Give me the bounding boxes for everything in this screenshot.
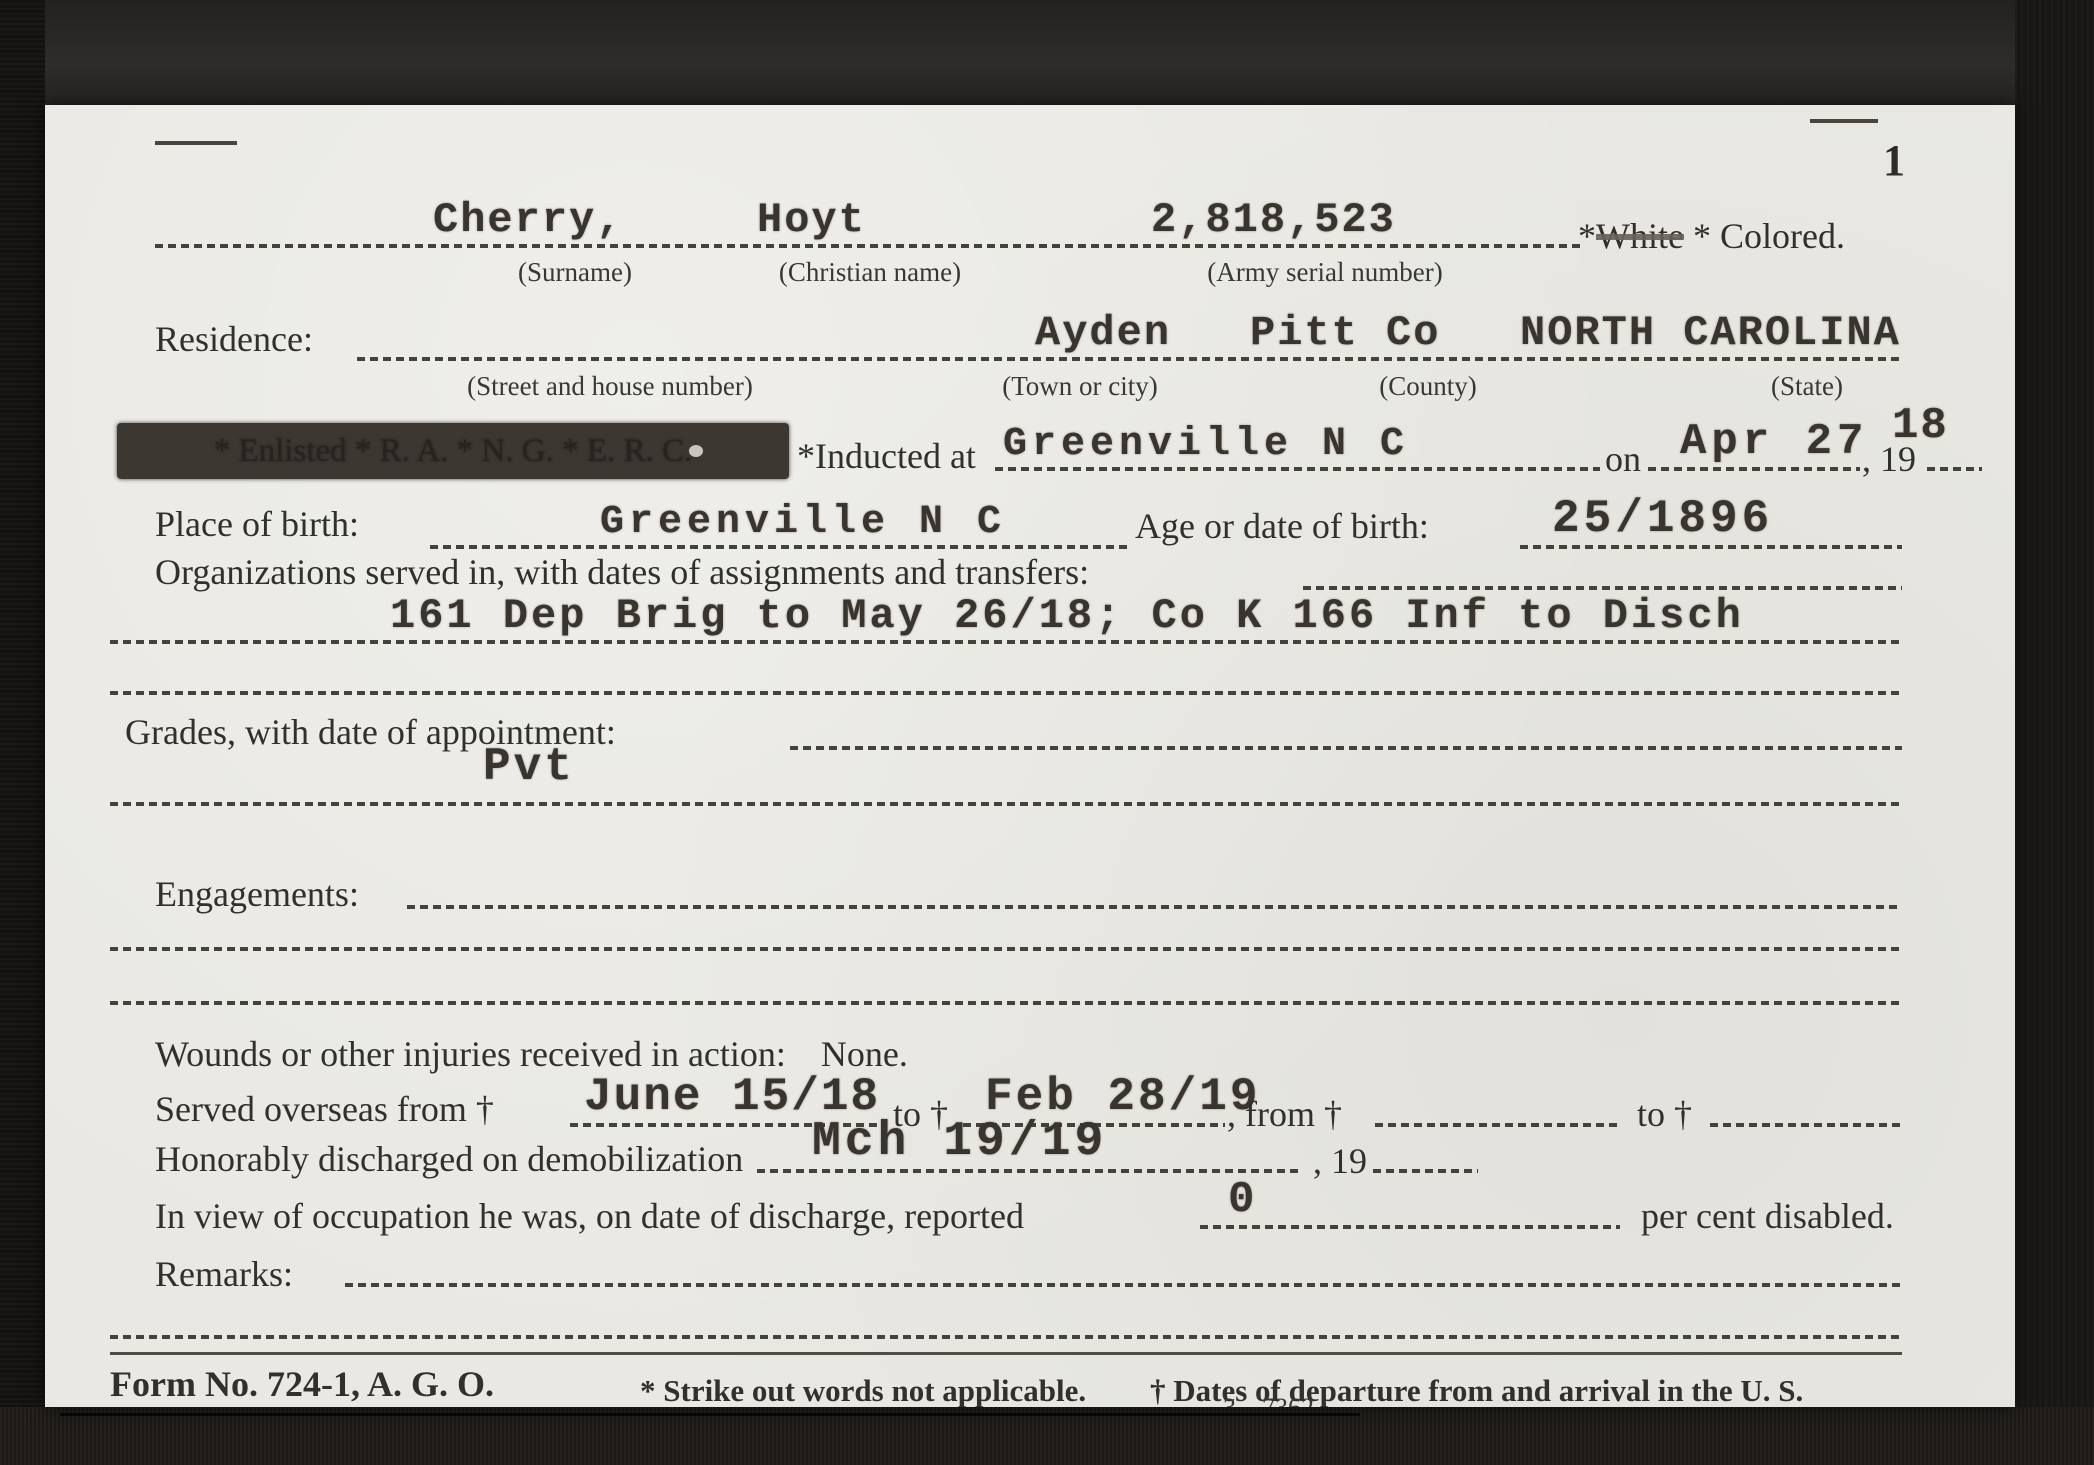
organizations-value-line: 161 Dep Brig to May 26/18; Co K 166 Inf … [110,640,1902,644]
grades-value: Pvt [483,741,575,793]
blank-line-1 [110,691,1902,695]
overseas-from2-label: , from † [1227,1093,1342,1135]
strike-out-note: * Strike out words not applicable. [640,1373,1086,1407]
residence-state-value: NORTH CAROLINA [1520,309,1901,357]
served-overseas-label: Served overseas from † [155,1088,494,1130]
corner-mark-left [155,141,237,145]
residence-label: Residence: [155,318,313,360]
street-caption: (Street and house number) [425,371,795,402]
inducted-place-value: Greenville N C [1003,422,1409,467]
wounds-label: Wounds or other injuries received in act… [155,1033,908,1075]
scan-border-left [0,0,45,1465]
disability-value: 0 [1228,1175,1256,1225]
age-label: Age or date of birth: [1135,505,1429,547]
hole-punch-dot [689,445,703,457]
inducted-year-value: 18 [1892,401,1949,451]
wounds-label-text: Wounds or other injuries received in act… [155,1034,786,1074]
page-number: 1 [1883,135,1905,186]
discharge-year-line [1373,1169,1478,1173]
town-caption: (Town or city) [945,371,1215,402]
place-of-birth-line: Greenville N C [430,545,1130,549]
place-of-birth-label: Place of birth: [155,503,359,545]
discharge-date-value: Mch 19/19 [812,1115,1107,1169]
age-line: 25/1896 [1520,545,1902,549]
organizations-label-line [1303,586,1902,590]
christian-name-value: Hoyt [757,196,866,244]
inducted-place-line: Greenville N C [995,467,1600,471]
disability-label: In view of occupation he was, on date of… [155,1195,1024,1237]
state-caption: (State) [1687,371,1927,402]
inducted-date-line: Apr 27 [1648,467,1860,471]
discharge-year-prefix: , 19 [1313,1140,1367,1182]
print-code: 3—7362 [1223,1393,1314,1407]
army-serial-caption: (Army serial number) [1130,257,1520,288]
place-of-birth-value: Greenville N C [600,500,1006,545]
organizations-value: 161 Dep Brig to May 26/18; Co K 166 Inf … [390,592,1744,640]
blank-line-4 [110,1001,1902,1005]
inducted-on-label: on [1605,438,1641,480]
scan-border-right [2015,0,2094,1465]
residence-line: Ayden Pitt Co NORTH CAROLINA [357,357,1902,361]
overseas-to2-line [1710,1123,1902,1127]
race-white-star: * [1578,216,1596,256]
overseas-to2-label: to † [1637,1093,1692,1135]
age-value: 25/1896 [1552,493,1773,545]
blank-line-5 [110,1335,1902,1339]
remarks-line [345,1283,1902,1287]
scan-border-top [45,0,2015,105]
redaction-overlay: * Enlisted * R. A. * N. G. * E. R. C. [117,423,789,479]
race-colored-label: Colored. [1720,216,1845,256]
surname-value: Cherry, [433,196,623,244]
overseas-from2-line [1375,1123,1617,1127]
discharge-label: Honorably discharged on demobilization [155,1138,743,1180]
engagements-label: Engagements: [155,873,359,915]
residence-county-value: Pitt Co [1250,309,1440,357]
struck-enlistment-options: * Enlisted * R. A. * N. G. * E. R. C. [214,433,693,470]
remarks-label: Remarks: [155,1253,293,1295]
inducted-at-label: *Inducted at [797,435,976,477]
race-white-label: White [1596,216,1684,256]
organizations-label: Organizations served in, with dates of a… [155,551,1089,593]
scan-border-bottom [0,1407,2094,1465]
corner-mark-right [1810,119,1878,123]
army-serial-number-value: 2,818,523 [1151,196,1396,244]
inducted-date-value: Apr 27 [1680,417,1868,467]
surname-caption: (Surname) [425,257,725,288]
county-caption: (County) [1303,371,1553,402]
race-options: *White * Colored. [1578,215,1845,257]
grades-line [790,746,1902,750]
race-colored-star: * [1684,216,1720,256]
form-date: Nov. 22, 1919. [250,1400,439,1407]
inducted-year-line [1927,467,1982,471]
engagements-line [407,905,1902,909]
record-card: 1 Cherry, Hoyt 2,818,523 *White * Colore… [45,105,2015,1407]
disability-suffix: per cent disabled. [1641,1195,1894,1237]
wounds-value: None. [821,1034,908,1074]
residence-town-value: Ayden [1035,309,1171,357]
discharge-date-line: Mch 19/19 [757,1169,1302,1173]
blank-line-3 [110,947,1902,951]
name-line: Cherry, Hoyt 2,818,523 [155,244,1583,248]
christian-name-caption: (Christian name) [700,257,1040,288]
blank-line-2 [110,802,1902,806]
form-number: Form No. 724-1, A. G. O. [110,1363,494,1405]
disability-line: 0 [1200,1225,1620,1229]
footer-rule [110,1352,1902,1355]
